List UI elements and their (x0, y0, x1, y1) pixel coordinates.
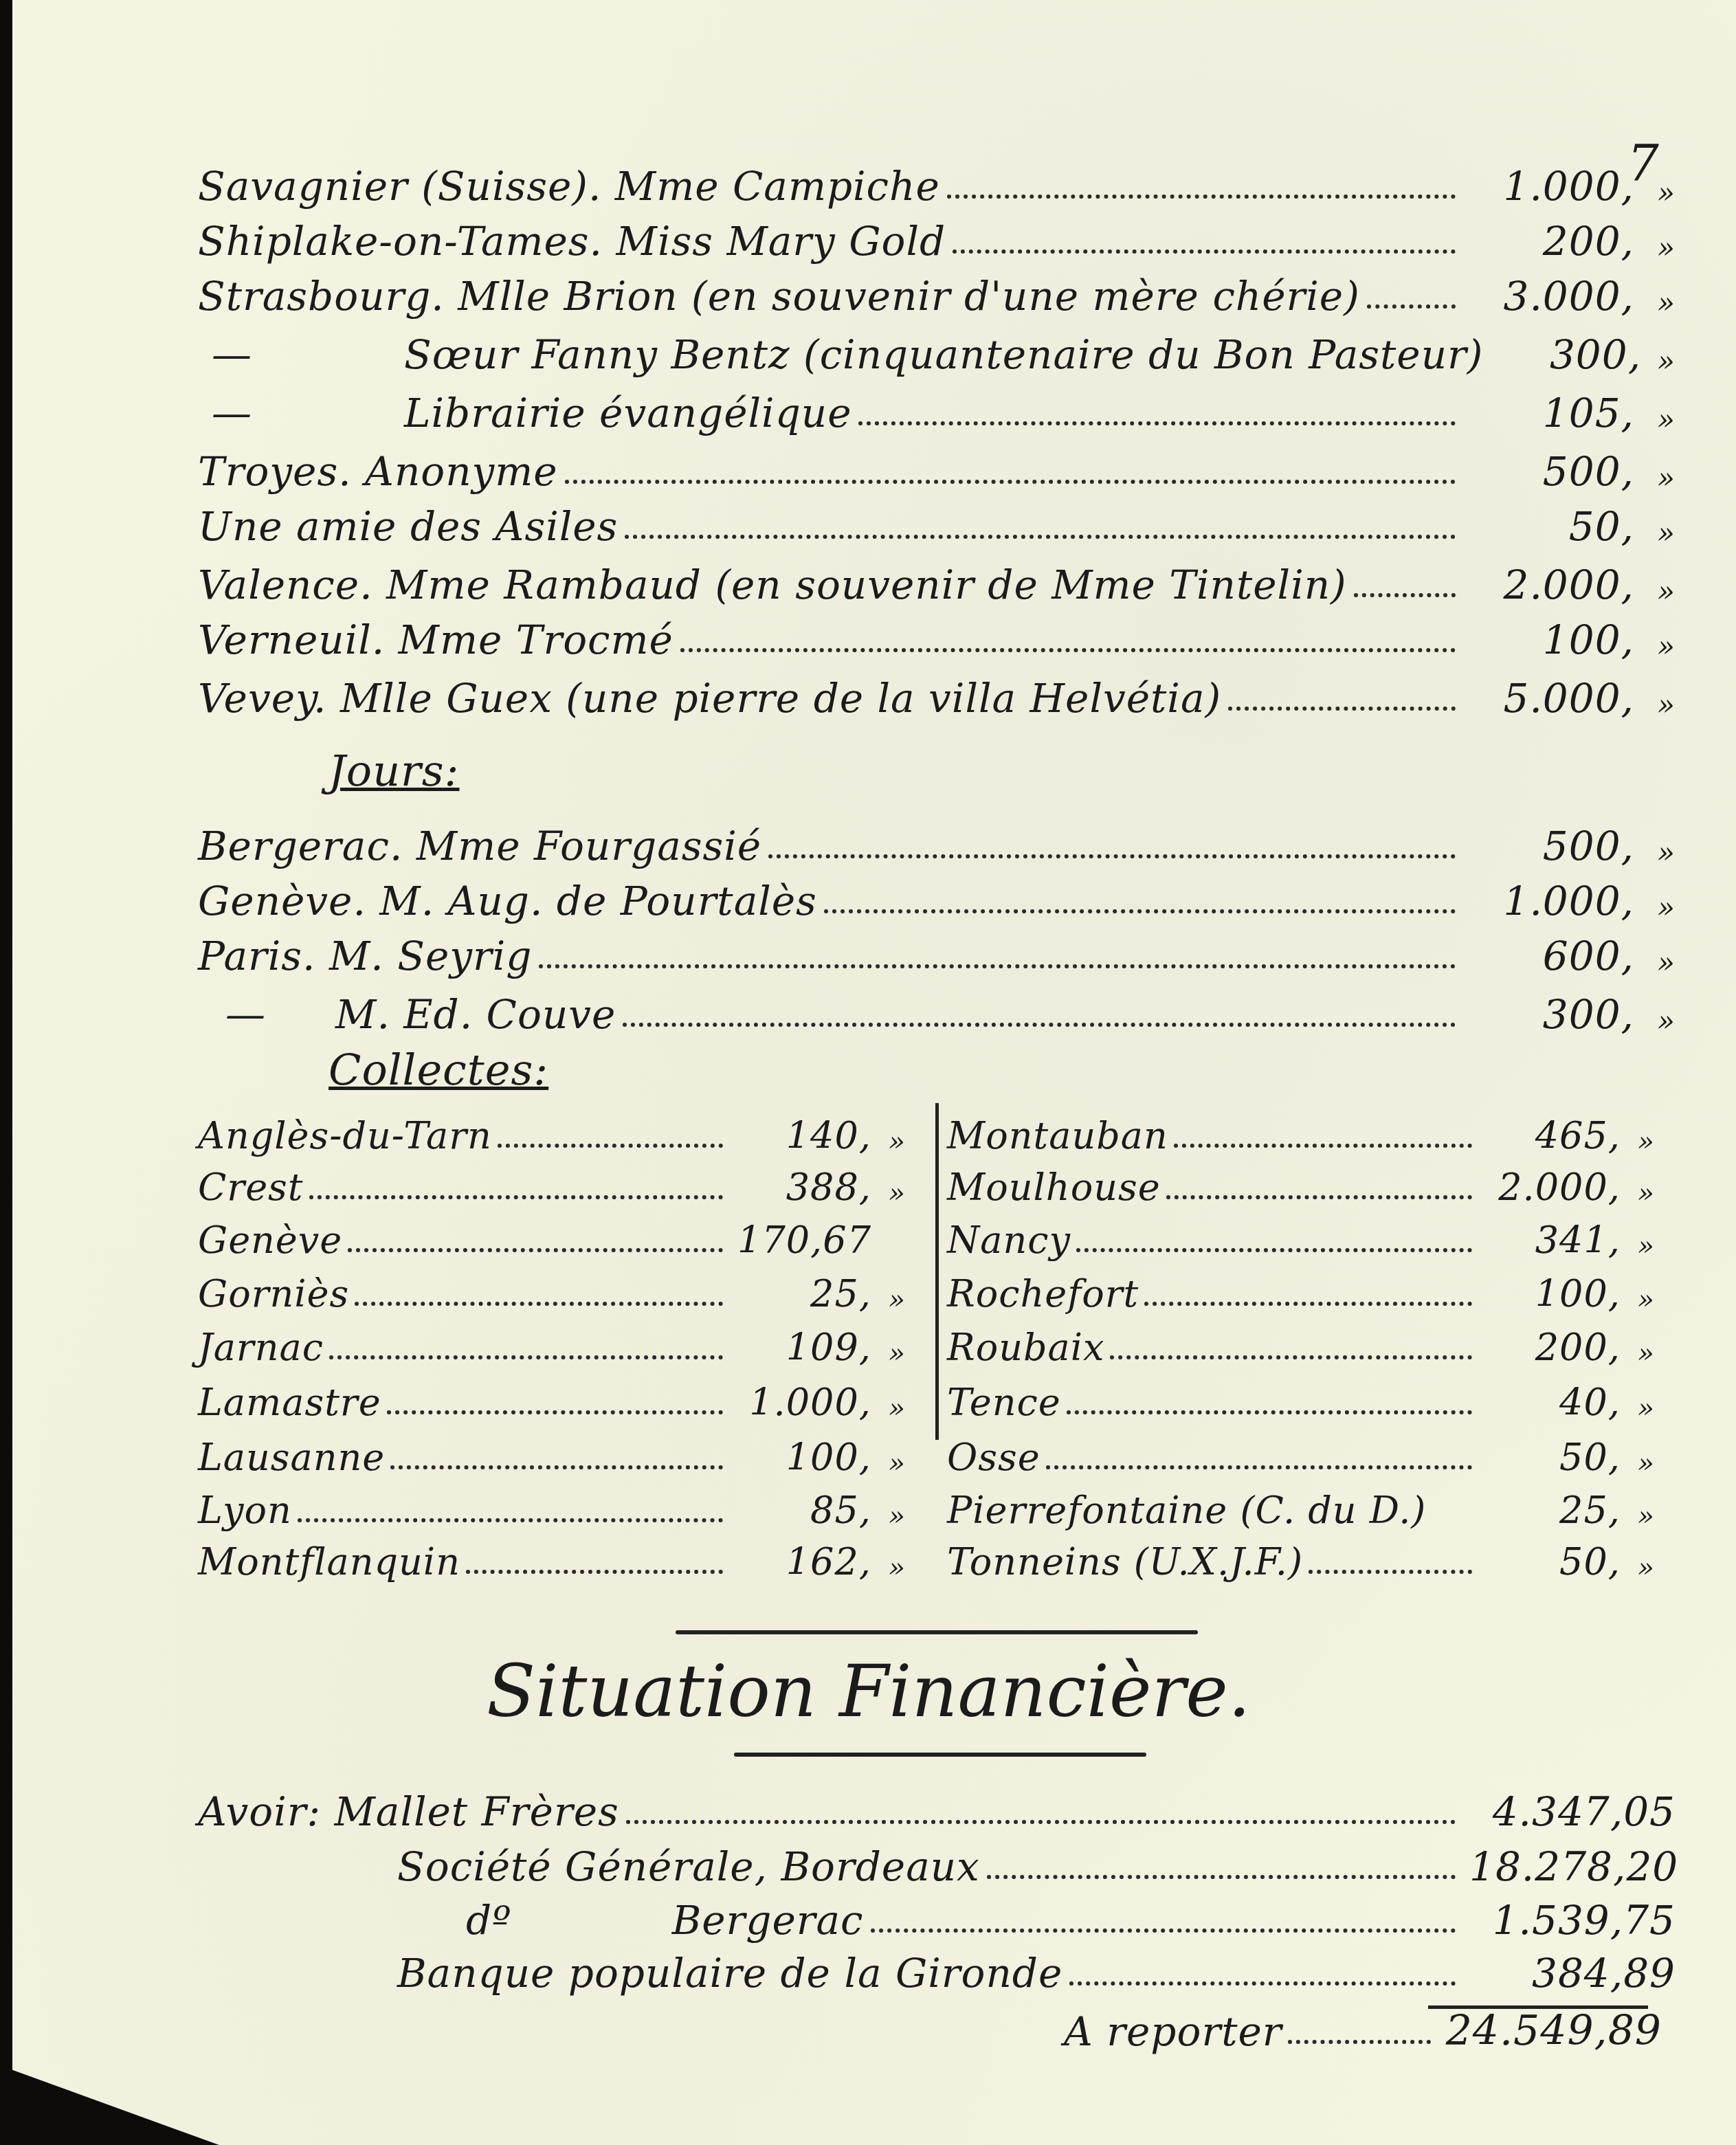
divider-rule-bottom (734, 1753, 1146, 1757)
donation-amount: 3.000, (1469, 273, 1634, 320)
donation-row: Savagnier (Suisse). Mme Campiche 1.000, … (198, 155, 1676, 210)
collecte-row: Gorniès 25, » (198, 1265, 906, 1315)
collecte-label: Lyon (198, 1489, 292, 1532)
ditto-mark: » (1621, 1337, 1655, 1369)
section-title-situation: Situation Financière. (487, 1649, 1251, 1733)
collecte-amount: 109, (734, 1326, 871, 1369)
donation-row: — Sœur Fanny Bentz (cinquantenaire du Bo… (198, 323, 1676, 378)
account-label: Société Générale, Bordeaux (198, 1843, 980, 1890)
ditto-mark: » (1634, 688, 1676, 722)
collecte-amount: 200, (1483, 1326, 1621, 1369)
document-page: 7 Savagnier (Suisse). Mme Campiche 1.000… (12, 0, 1736, 2145)
donation-row: Valence. Mme Rambaud (en souvenir de Mme… (198, 553, 1676, 608)
donation-amount: 200, (1469, 218, 1634, 265)
collecte-amount: 1.000, (734, 1381, 871, 1424)
donor-label: Savagnier (Suisse). Mme Campiche (198, 163, 940, 210)
ditto-mark: » (871, 1337, 906, 1369)
collecte-row: Tonneins (U.X.J.F.) 50, » (947, 1533, 1655, 1583)
donor-label: Valence. Mme Rambaud (en souvenir de Mme… (198, 562, 1347, 608)
donation-amount: 5.000, (1469, 675, 1634, 722)
leader-dots (768, 854, 1456, 858)
donation-amount: 500, (1469, 448, 1634, 495)
account-label: Avoir: Mallet Frères (198, 1788, 619, 1835)
account-amount: 4.347,05 (1469, 1788, 1676, 1835)
collecte-label: Crest (198, 1166, 304, 1209)
ditto-mark: » (871, 1284, 906, 1315)
donation-amount: 105, (1469, 390, 1634, 436)
account-label: Banque populaire de la Gironde (198, 1950, 1062, 1997)
donation-amount: 300, (1504, 331, 1641, 378)
carry-forward-total: 24.549,89 (1442, 2007, 1662, 2055)
ditto-dash: — (212, 331, 252, 378)
collecte-row: Anglès-du-Tarn 140, » (198, 1107, 906, 1157)
ditto-mark: » (1634, 630, 1676, 663)
jours-row: Paris. M. Seyrig 600, » (198, 924, 1676, 979)
leader-dots (1144, 1302, 1472, 1306)
collecte-row: Nancy 341, » (947, 1211, 1655, 1262)
collecte-label: Genève (198, 1219, 342, 1262)
collecte-label: Lamastre (198, 1381, 381, 1424)
leader-dots (824, 909, 1456, 913)
ditto-mark: » (1634, 461, 1676, 495)
ditto-mark: » (1634, 231, 1676, 265)
ditto-mark: » (1634, 1004, 1676, 1038)
donor-label: Troyes. Anonyme (198, 448, 558, 495)
ditto-mark: » (1621, 1447, 1655, 1479)
collecte-amount: 40, (1483, 1381, 1621, 1424)
leader-dots (329, 1355, 723, 1359)
collecte-row: Lamastre 1.000, » (198, 1373, 906, 1424)
leader-dots (987, 1875, 1456, 1879)
donor-label: Librairie évangélique (198, 390, 852, 436)
donation-row: Une amie des Asiles 50, » (198, 495, 1676, 550)
jours-row: — M. Ed. Couve 300, » (198, 983, 1676, 1038)
collecte-label: Anglès-du-Tarn (198, 1114, 492, 1157)
collecte-amount: 2.000, (1483, 1166, 1621, 1209)
section-heading-jours: Jours: (329, 746, 459, 796)
leader-dots (1228, 707, 1456, 711)
donation-amount: 100, (1469, 616, 1634, 663)
leader-dots (539, 964, 1456, 968)
collecte-row: Genève 170,67 (198, 1211, 906, 1262)
collecte-amount: 100, (734, 1436, 871, 1479)
leader-dots (1174, 1144, 1472, 1148)
donor-label: Paris. M. Seyrig (198, 933, 532, 979)
donor-label: Bergerac. Mme Fourgassié (198, 823, 761, 869)
donor-label: Sœur Fanny Bentz (cinquantenaire du Bon … (198, 331, 1483, 378)
ditto-mark: » (1621, 1177, 1655, 1209)
collecte-label: Jarnac (198, 1326, 324, 1369)
collecte-row: Osse 50, » (947, 1428, 1655, 1479)
donation-row: Troyes. Anonyme 500, » (198, 440, 1676, 495)
collecte-amount: 100, (1483, 1272, 1621, 1315)
ditto-mark: » (1641, 344, 1676, 378)
collecte-row: Moulhouse 2.000, » (947, 1158, 1655, 1209)
collecte-row: Jarnac 109, » (198, 1318, 906, 1369)
collecte-amount: 25, (734, 1272, 871, 1315)
ditto-mark: » (1621, 1552, 1655, 1583)
leader-dots (947, 195, 1456, 199)
donor-label: Verneuil. Mme Trocmé (198, 616, 674, 663)
donation-row: Shiplake-on-Tames. Miss Mary Gold 200, » (198, 210, 1676, 265)
leader-dots (1288, 2040, 1431, 2044)
donation-amount: 500, (1469, 823, 1634, 869)
leader-dots (498, 1144, 723, 1148)
carry-forward-label: A reporter (1064, 2008, 1282, 2055)
leader-dots (1067, 1410, 1472, 1414)
account-amount: 384,89 (1469, 1950, 1676, 1997)
collecte-amount: 465, (1483, 1114, 1621, 1157)
donation-amount: 1.000, (1469, 878, 1634, 924)
donation-row: Verneuil. Mme Trocmé 100, » (198, 608, 1676, 663)
ditto-mark: » (871, 1392, 906, 1424)
leader-dots (348, 1248, 723, 1252)
financial-row: Société Générale, Bordeaux 18.278,20 (198, 1835, 1676, 1890)
financial-row: Avoir: Mallet Frères 4.347,05 (198, 1780, 1676, 1835)
ditto-mark: » (1621, 1126, 1655, 1157)
jours-row: Genève. M. Aug. de Pourtalès 1.000, » (198, 869, 1676, 924)
section-heading-collectes: Collectes: (329, 1045, 548, 1095)
collecte-row: Rochefort 100, » (947, 1265, 1655, 1315)
collecte-label: Lausanne (198, 1436, 385, 1479)
collecte-label: Moulhouse (947, 1166, 1161, 1209)
collecte-row: Lausanne 100, » (198, 1428, 906, 1479)
account-label: dº Bergerac (198, 1897, 864, 1944)
donation-amount: 50, (1469, 503, 1634, 550)
ditto-mark: » (1634, 836, 1676, 869)
leader-dots (626, 1820, 1456, 1824)
leader-dots (387, 1410, 723, 1414)
ditto-mark: » (1621, 1500, 1655, 1532)
account-amount: 18.278,20 (1469, 1843, 1676, 1890)
collecte-amount: 162, (734, 1540, 871, 1583)
donation-amount: 600, (1469, 933, 1634, 979)
collecte-amount: 85, (734, 1489, 871, 1532)
financial-row: Banque populaire de la Gironde 384,89 (198, 1942, 1676, 1997)
column-divider (935, 1103, 939, 1440)
donation-row: Strasbourg. Mlle Brion (en souvenir d'un… (198, 265, 1676, 320)
donor-label: Shiplake-on-Tames. Miss Mary Gold (198, 218, 946, 265)
financial-row: dº Bergerac 1.539,75 (198, 1889, 1676, 1944)
leader-dots (1367, 304, 1456, 309)
collecte-amount: 341, (1483, 1219, 1621, 1262)
collecte-label: Pierrefontaine (C. du D.) (947, 1489, 1426, 1532)
ditto-mark: » (1621, 1392, 1655, 1424)
collecte-row: Montauban 465, » (947, 1107, 1655, 1157)
collecte-amount: 50, (1483, 1436, 1621, 1479)
ditto-dash: — (212, 390, 252, 436)
collecte-row: Lyon 85, » (198, 1481, 906, 1532)
collecte-row: Roubaix 200, » (947, 1318, 1655, 1369)
ditto-mark: » (1634, 286, 1676, 320)
divider-rule-top (676, 1630, 1198, 1634)
ditto-dash: — (225, 991, 266, 1038)
collecte-amount: 388, (734, 1166, 871, 1209)
leader-dots (1166, 1195, 1472, 1199)
donation-amount: 300, (1469, 991, 1634, 1038)
donor-label: Vevey. Mlle Guex (une pierre de la villa… (198, 675, 1221, 722)
leader-dots (623, 1023, 1456, 1027)
ditto-mark: » (1634, 516, 1676, 550)
collecte-label: Osse (947, 1436, 1041, 1479)
collecte-amount: 140, (734, 1114, 871, 1157)
leader-dots (953, 249, 1456, 254)
ditto-mark: » (1634, 575, 1676, 608)
ditto-mark: » (1621, 1230, 1655, 1262)
collecte-label: Nancy (947, 1219, 1071, 1262)
leader-dots (565, 480, 1456, 484)
ditto-mark: » (1634, 946, 1676, 979)
collecte-row: Crest 388, » (198, 1158, 906, 1209)
donation-row: — Librairie évangélique 105, » (198, 381, 1676, 436)
account-amount: 1.539,75 (1469, 1897, 1676, 1944)
ditto-mark: » (871, 1500, 906, 1532)
donation-row: Vevey. Mlle Guex (une pierre de la villa… (198, 667, 1676, 722)
ditto-mark: » (871, 1552, 906, 1583)
donation-amount: 1.000, (1469, 163, 1634, 210)
collecte-label: Roubaix (947, 1326, 1104, 1369)
leader-dots (625, 535, 1456, 539)
collecte-label: Montflanquin (198, 1540, 460, 1583)
leader-dots (1110, 1355, 1472, 1359)
leader-dots (858, 421, 1456, 425)
collecte-label: Montauban (947, 1114, 1168, 1157)
leader-dots (1076, 1248, 1472, 1252)
ditto-mark: » (1634, 176, 1676, 210)
collecte-row: Tence 40, » (947, 1373, 1655, 1424)
collecte-row: Pierrefontaine (C. du D.) 25, » (947, 1481, 1655, 1532)
collecte-amount: 50, (1483, 1540, 1621, 1583)
leader-dots (466, 1570, 723, 1574)
carry-forward-row: A reporter 24.549,89 (1064, 2000, 1662, 2055)
leader-dots (390, 1465, 723, 1469)
leader-dots (309, 1195, 724, 1199)
donor-label: Une amie des Asiles (198, 503, 618, 550)
leader-dots (298, 1518, 723, 1522)
leader-dots (871, 1929, 1456, 1933)
ditto-mark: » (871, 1126, 906, 1157)
collecte-label: Rochefort (947, 1272, 1139, 1315)
donor-label: Strasbourg. Mlle Brion (en souvenir d'un… (198, 273, 1360, 320)
collecte-amount: 170,67 (734, 1219, 871, 1262)
ditto-mark: » (1634, 891, 1676, 924)
ditto-mark: » (1634, 403, 1676, 436)
ditto-mark: » (1621, 1284, 1655, 1315)
leader-dots (1309, 1570, 1472, 1574)
ditto-mark: » (871, 1447, 906, 1479)
donor-label: Genève. M. Aug. de Pourtalès (198, 878, 817, 924)
leader-dots (1046, 1465, 1472, 1469)
jours-row: Bergerac. Mme Fourgassié 500, » (198, 814, 1676, 869)
leader-dots (355, 1302, 723, 1306)
leader-dots (680, 648, 1456, 652)
leader-dots (1069, 1981, 1456, 1986)
ditto-mark: » (871, 1177, 906, 1209)
collecte-label: Tence (947, 1381, 1061, 1424)
donation-amount: 2.000, (1469, 562, 1634, 608)
collecte-label: Tonneins (U.X.J.F.) (947, 1540, 1303, 1583)
collecte-label: Gorniès (198, 1272, 349, 1315)
leader-dots (1354, 593, 1456, 597)
collecte-amount: 25, (1483, 1489, 1621, 1532)
collecte-row: Montflanquin 162, » (198, 1533, 906, 1583)
